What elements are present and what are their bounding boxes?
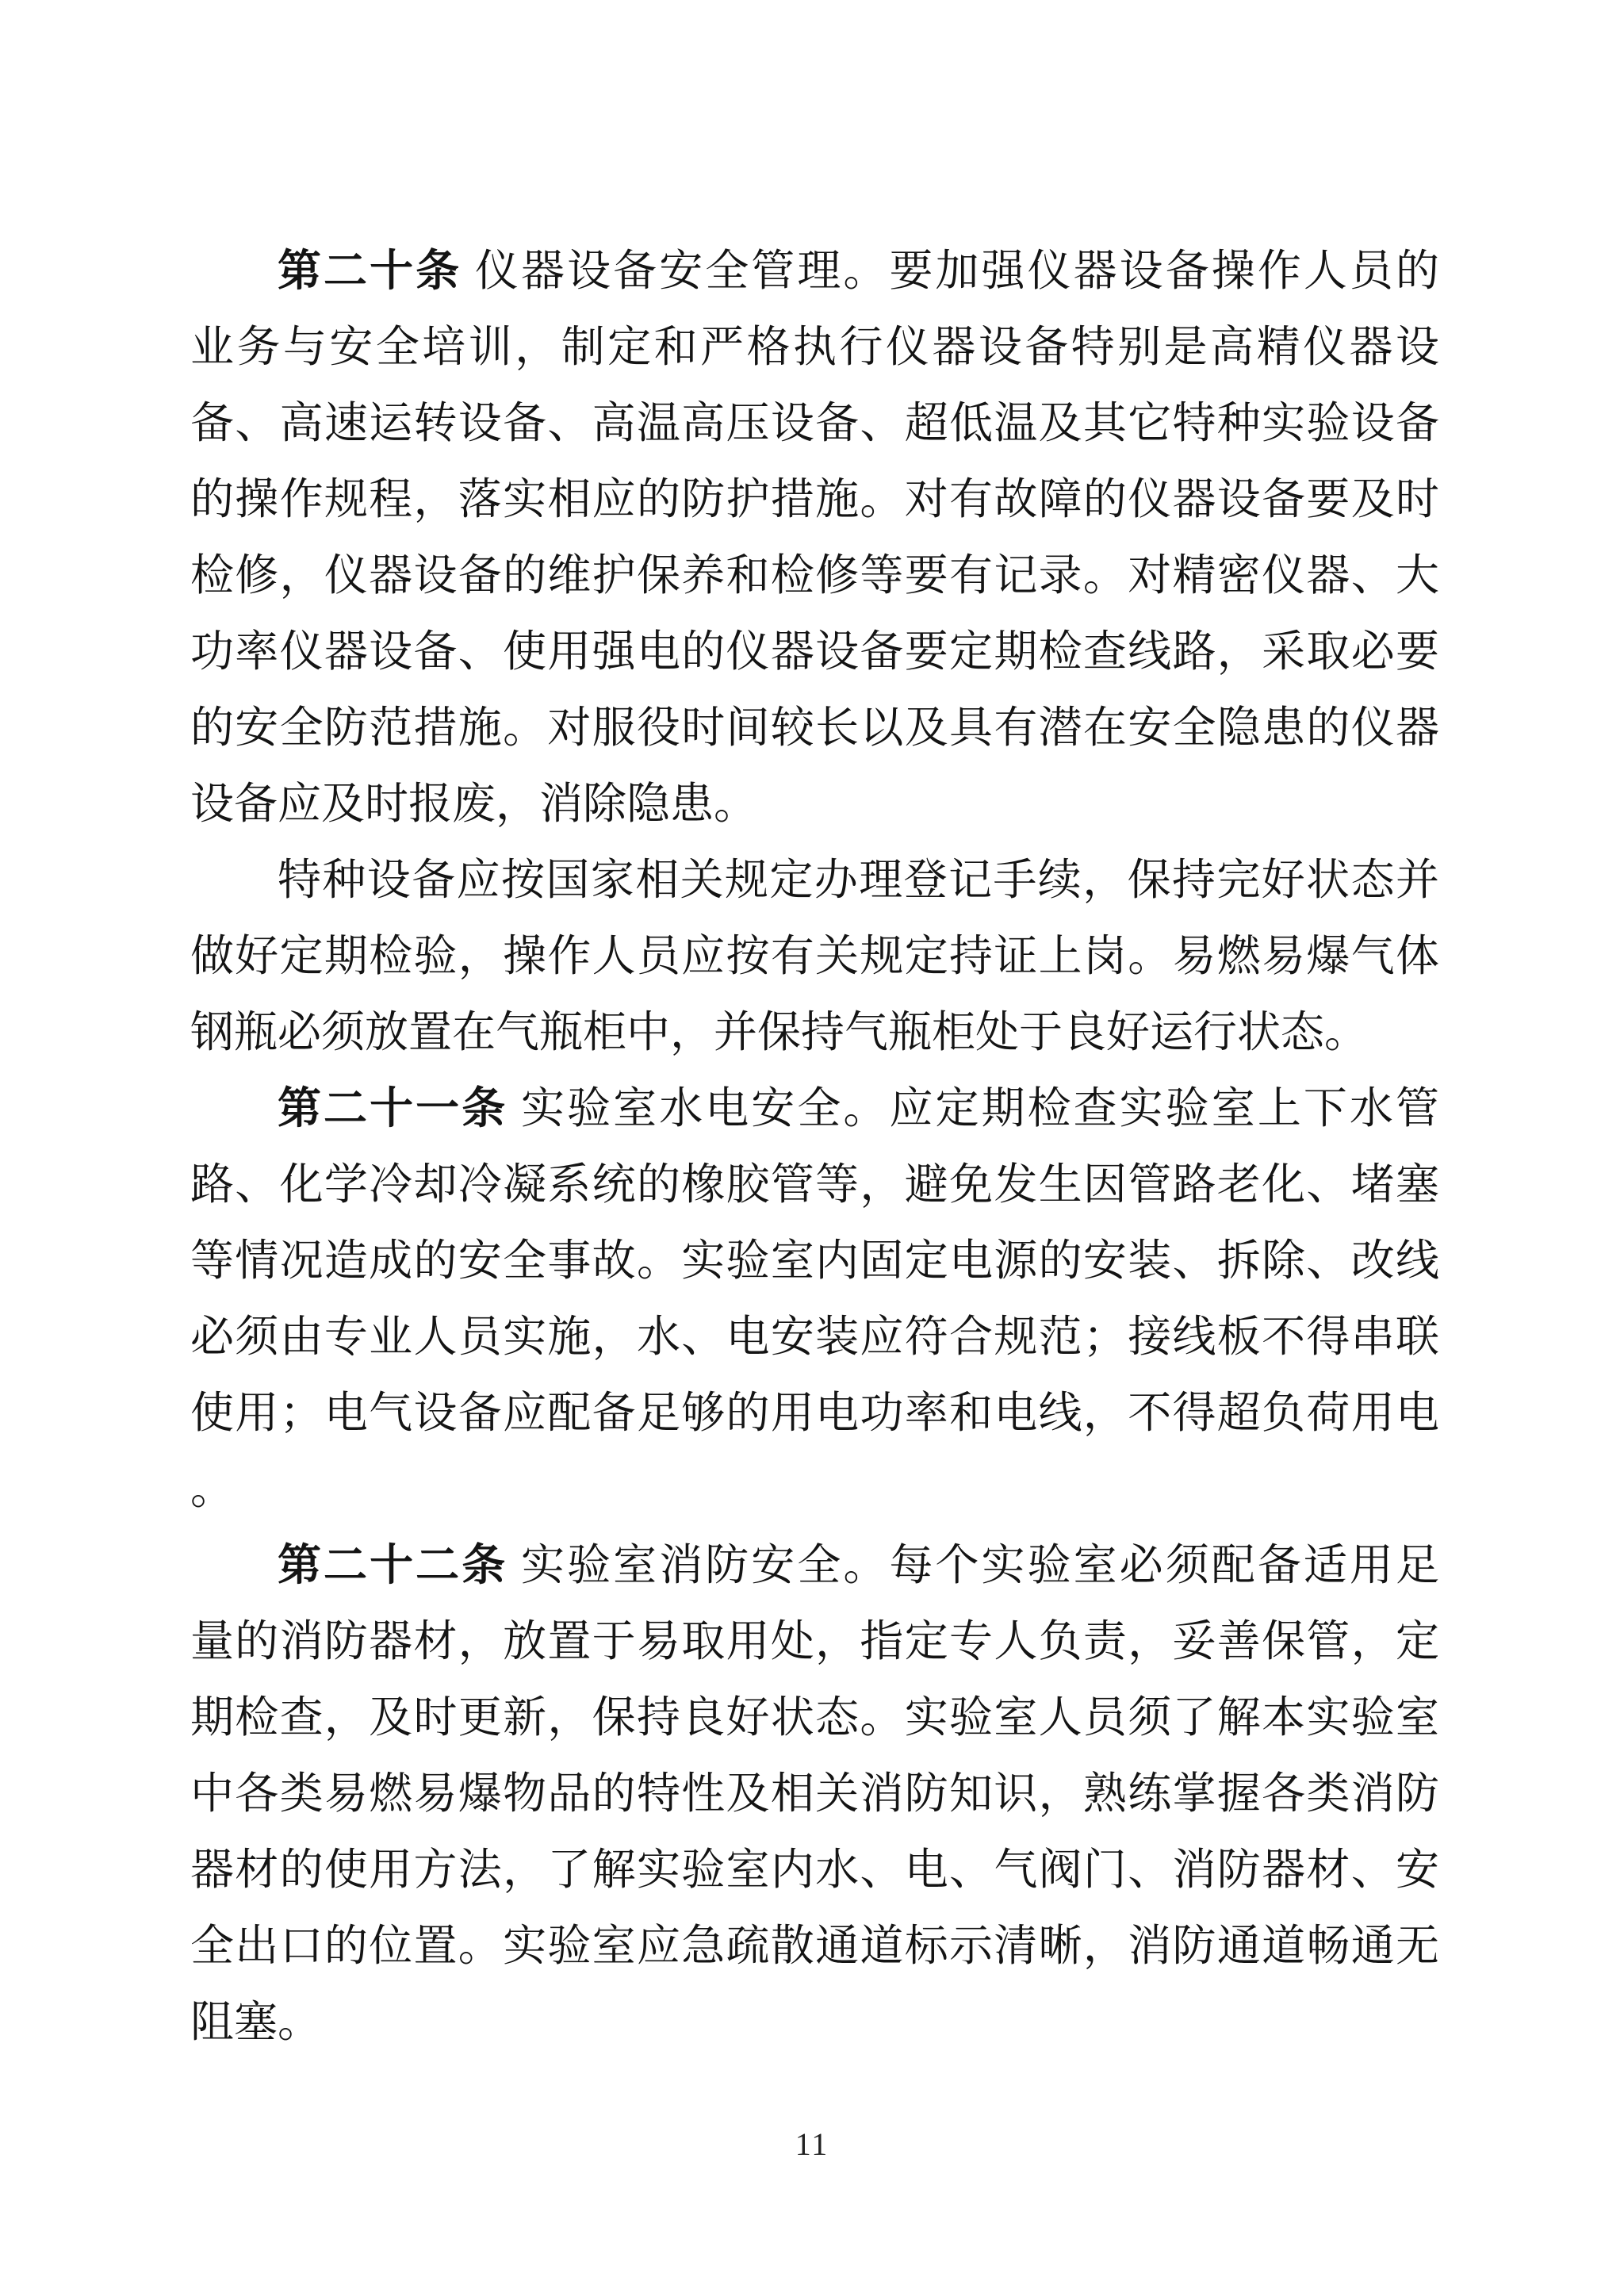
- text-segment: 阻塞。: [190, 1998, 321, 2046]
- text-segment: 实验室消防安全。每个实验室必须配备适用足: [507, 1541, 1439, 1589]
- document-body: 第二十条 仪器设备安全管理。要加强仪器设备操作人员的业务与安全培训，制定和严格执…: [190, 233, 1439, 2060]
- text-line: 特种设备应按国家相关规定办理登记手续，保持完好状态并: [190, 842, 1439, 918]
- text-segment: 中各类易燃易爆物品的特性及相关消防知识，熟练掌握各类消防: [190, 1769, 1439, 1818]
- text-segment: 的操作规程，落实相应的防护措施。对有故障的仪器设备要及时: [190, 475, 1439, 523]
- text-line: 路、化学冷却冷凝系统的橡胶管等，避免发生因管路老化、堵塞: [190, 1147, 1439, 1223]
- text-segment: 功率仪器设备、使用强电的仪器设备要定期检查线路，采取必要: [190, 627, 1439, 676]
- article-number-heading: 第二十二条: [278, 1541, 507, 1589]
- text-segment: 钢瓶必须放置在气瓶柜中，并保持气瓶柜处于良好运行状态。: [190, 1008, 1368, 1056]
- article-number-heading: 第二十条: [278, 247, 462, 295]
- text-line: 期检查，及时更新，保持良好状态。实验室人员须了解本实验室: [190, 1680, 1439, 1756]
- text-line: 量的消防器材，放置于易取用处，指定专人负责，妥善保管，定: [190, 1604, 1439, 1680]
- text-segment: 路、化学冷却冷凝系统的橡胶管等，避免发生因管路老化、堵塞: [190, 1160, 1439, 1209]
- page-footer: 11: [0, 2125, 1624, 2163]
- text-segment: 仪器设备安全管理。要加强仪器设备操作人员的: [462, 247, 1439, 295]
- text-segment: 备、高速运转设备、高温高压设备、超低温及其它特种实验设备: [190, 399, 1439, 447]
- text-segment: 使用；电气设备应配备足够的用电功率和电线，不得超负荷用电: [190, 1389, 1439, 1437]
- article-number-heading: 第二十一条: [278, 1084, 507, 1133]
- text-line: 备、高速运转设备、高温高压设备、超低温及其它特种实验设备: [190, 385, 1439, 462]
- text-line: 的操作规程，落实相应的防护措施。对有故障的仪器设备要及时: [190, 462, 1439, 538]
- text-line: 钢瓶必须放置在气瓶柜中，并保持气瓶柜处于良好运行状态。: [190, 995, 1439, 1071]
- text-segment: 。: [190, 1465, 234, 1513]
- text-line: 阻塞。: [190, 1984, 1439, 2060]
- text-line: 中各类易燃易爆物品的特性及相关消防知识，熟练掌握各类消防: [190, 1756, 1439, 1832]
- text-line: 第二十一条 实验室水电安全。应定期检查实验室上下水管: [190, 1071, 1439, 1147]
- text-segment: 必须由专业人员实施，水、电安装应符合规范；接线板不得串联: [190, 1313, 1439, 1361]
- document-page: 第二十条 仪器设备安全管理。要加强仪器设备操作人员的业务与安全培训，制定和严格执…: [0, 0, 1624, 2296]
- text-segment: 的安全防范措施。对服役时间较长以及具有潜在安全隐患的仪器: [190, 703, 1439, 752]
- text-line: 。: [190, 1451, 1439, 1527]
- text-line: 功率仪器设备、使用强电的仪器设备要定期检查线路，采取必要: [190, 614, 1439, 690]
- page-number: 11: [795, 2126, 829, 2162]
- text-line: 做好定期检验，操作人员应按有关规定持证上岗。易燃易爆气体: [190, 918, 1439, 995]
- text-line: 等情况造成的安全事故。实验室内固定电源的安装、拆除、改线: [190, 1223, 1439, 1299]
- text-line: 器材的使用方法，了解实验室内水、电、气阀门、消防器材、安: [190, 1832, 1439, 1908]
- text-segment: 业务与安全培训，制定和严格执行仪器设备特别是高精仪器设: [190, 323, 1439, 371]
- text-segment: 量的消防器材，放置于易取用处，指定专人负责，妥善保管，定: [190, 1617, 1439, 1665]
- text-segment: 期检查，及时更新，保持良好状态。实验室人员须了解本实验室: [190, 1693, 1439, 1742]
- text-segment: 全出口的位置。实验室应急疏散通道标示清晰，消防通道畅通无: [190, 1922, 1439, 1970]
- text-segment: 器材的使用方法，了解实验室内水、电、气阀门、消防器材、安: [190, 1846, 1439, 1894]
- text-segment: 实验室水电安全。应定期检查实验室上下水管: [507, 1084, 1439, 1133]
- text-segment: 检修，仪器设备的维护保养和检修等要有记录。对精密仪器、大: [190, 551, 1439, 600]
- text-line: 第二十二条 实验室消防安全。每个实验室必须配备适用足: [190, 1527, 1439, 1604]
- text-segment: 等情况造成的安全事故。实验室内固定电源的安装、拆除、改线: [190, 1236, 1439, 1285]
- text-line: 检修，仪器设备的维护保养和检修等要有记录。对精密仪器、大: [190, 538, 1439, 614]
- text-line: 的安全防范措施。对服役时间较长以及具有潜在安全隐患的仪器: [190, 690, 1439, 766]
- text-line: 设备应及时报废，消除隐患。: [190, 766, 1439, 842]
- text-segment: 特种设备应按国家相关规定办理登记手续，保持完好状态并: [278, 856, 1439, 904]
- text-line: 业务与安全培训，制定和严格执行仪器设备特别是高精仪器设: [190, 309, 1439, 385]
- text-line: 第二十条 仪器设备安全管理。要加强仪器设备操作人员的: [190, 233, 1439, 309]
- text-segment: 设备应及时报废，消除隐患。: [190, 780, 757, 828]
- text-line: 使用；电气设备应配备足够的用电功率和电线，不得超负荷用电: [190, 1375, 1439, 1451]
- text-line: 全出口的位置。实验室应急疏散通道标示清晰，消防通道畅通无: [190, 1908, 1439, 1984]
- text-line: 必须由专业人员实施，水、电安装应符合规范；接线板不得串联: [190, 1299, 1439, 1375]
- text-segment: 做好定期检验，操作人员应按有关规定持证上岗。易燃易爆气体: [190, 932, 1439, 980]
